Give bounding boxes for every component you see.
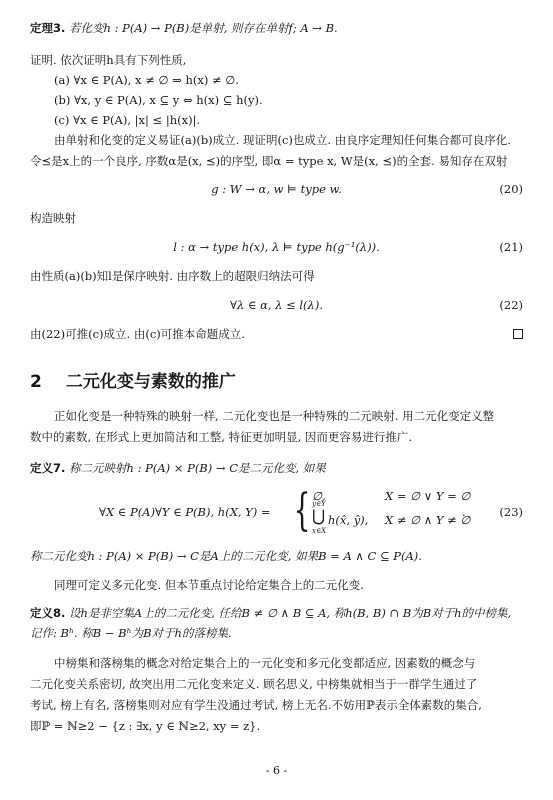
proof-paragraph-line: 由单射和化变的定义易证(a)(b)成立. 现证明(c)也成立. 由良序定理知任何… <box>30 130 523 150</box>
section-title: 二元化变与素数的推广 <box>66 372 236 392</box>
definition-text: 称二元映射h : P(A) × P(B) → C是二元化变, 如果 <box>69 461 326 475</box>
equation-number: (22) <box>499 294 523 316</box>
proof-paragraph-2: 由性质(a)(b)知l是保序映射. 由序数上的超限归纳法可得 <box>30 266 523 286</box>
proof-paragraph-line: 令⪯是x上的一个良序, 序数α是(x, ⪯)的序型, 即α = type x, … <box>30 151 523 171</box>
definition-label: 定义7. <box>30 461 65 475</box>
property-b: (b) ∀x, y ∈ P(A), x ⊆ y ⇔ h(x) ⊆ h(y). <box>30 90 523 110</box>
closing-line: 中榜集和落榜集的概念对给定集合上的一元化变和多元化变都适应, 因素数的概念与 <box>30 653 523 673</box>
equation-body: l : α → type h(x), λ ⊨ type h(g⁻¹(λ)). <box>30 236 523 258</box>
remark-text: 同理可定义多元化变. 但本节重点讨论给定集合上的二元化变. <box>30 575 523 595</box>
property-a: (a) ∀x ∈ P(A), x ≠ ∅ ⇒ h(x) ≠ ∅. <box>30 70 523 90</box>
section-intro-line: 数中的素数, 在形式上更加简洁和工整, 特征更加明显, 因而更容易进行推广. <box>30 427 523 447</box>
conclusion-text: 由(22)可推(c)成立. 由(c)可推本命题成立. <box>30 327 245 341</box>
left-brace: { <box>294 482 311 540</box>
equation-number: (21) <box>499 236 523 258</box>
equation-23: ∀X ∈ P(A)∀Y ∈ P(B), h(X, Y) = { ∅, X = ∅… <box>30 482 523 544</box>
definition-text: 设h是非空集A上的二元化变, 任给B ≠ ∅ ∧ B ⊆ A, 称h(B, B)… <box>69 606 511 620</box>
equation-21: l : α → type h(x), λ ⊨ type h(g⁻¹(λ)). (… <box>30 236 523 258</box>
construct-text: 构造映射 <box>30 208 523 228</box>
equation-number: (23) <box>499 502 523 522</box>
closing-line: 考试, 榜上有名, 落榜集则对应有学生没通过考试, 榜上无名.不妨用ℙ表示全体素… <box>30 695 523 715</box>
definition-8-line-2: 记作: Bʰ. 称B − Bʰ为B对于h的落榜集. <box>30 623 523 643</box>
union-operator: ⋃ <box>312 506 325 526</box>
proof-intro: 证明. 依次证明h具有下列性质, <box>30 50 523 70</box>
closing-line: 二元化变关系密切, 故突出用二元化变来定义. 顾名思义, 中榜集就相当于一群学生… <box>30 674 523 694</box>
theorem-label: 定理3. <box>30 21 65 35</box>
page-number: - 6 - <box>0 764 553 777</box>
equation-20: g : W → α, w ⊨ type w. (20) <box>30 178 523 200</box>
union-subscript: x∈X <box>312 527 326 535</box>
property-c: (c) ∀x ∈ P(A), |x| ≤ |h(x)|. <box>30 110 523 130</box>
proof-conclusion: 由(22)可推(c)成立. 由(c)可推本命题成立. <box>30 324 523 344</box>
qed-square-icon <box>513 329 523 339</box>
equation-body: ∀λ ∈ α, λ ≤ l(λ). <box>30 294 523 316</box>
equation-number: (20) <box>499 178 523 200</box>
document-page: 定理3. 若化变h : P(A) → P(B)是单射, 则存在单射f; A → … <box>0 0 553 800</box>
definition-7: 定义7. 称二元映射h : P(A) × P(B) → C是二元化变, 如果 <box>30 458 523 478</box>
equation-22: ∀λ ∈ α, λ ≤ l(λ). (22) <box>30 294 523 316</box>
case-2-condition: X ≠ ∅ ∧ Y ≠ ∅ <box>385 510 470 530</box>
equation-body: g : W → α, w ⊨ type w. <box>30 178 523 200</box>
section-heading: 2 二元化变与素数的推广 <box>30 370 236 394</box>
theorem-text: 若化变h : P(A) → P(B)是单射, 则存在单射f; A → B. <box>69 21 338 35</box>
definition-8: 定义8. 设h是非空集A上的二元化变, 任给B ≠ ∅ ∧ B ⊆ A, 称h(… <box>30 603 523 623</box>
definition-label: 定义8. <box>30 606 65 620</box>
equation-lhs: ∀X ∈ P(A)∀Y ∈ P(B), h(X, Y) = <box>99 502 271 522</box>
equation-period: . <box>462 502 466 522</box>
theorem-3: 定理3. 若化变h : P(A) → P(B)是单射, 则存在单射f; A → … <box>30 18 523 38</box>
section-intro-line: 正如化变是一种特殊的映射一样, 二元化变也是一种特殊的二元映射. 用二元化变定义… <box>30 406 523 426</box>
section-number: 2 <box>30 370 60 394</box>
case-1-condition: X = ∅ ∨ Y = ∅ <box>385 486 470 506</box>
definition-7-followup: 称二元化变h : P(A) × P(B) → C是A上的二元化变, 如果B = … <box>30 546 523 566</box>
closing-line: 即ℙ = ℕ≥2 − {z : ∃x, y ∈ ℕ≥2, xy = z}. <box>30 716 523 736</box>
case-2-value: h(x̂, ŷ), <box>328 510 368 530</box>
